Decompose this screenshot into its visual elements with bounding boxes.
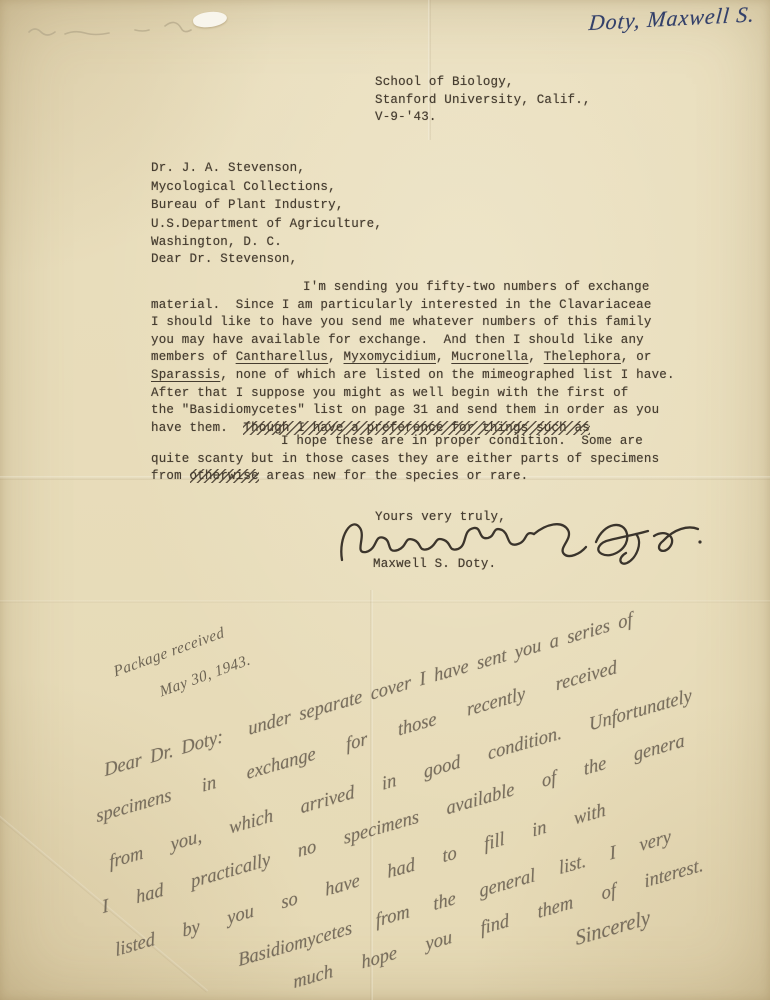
- recipient-bureau: Bureau of Plant Industry,: [151, 196, 382, 215]
- typed-line: Sparassis, none of which are listed on t…: [151, 367, 711, 385]
- typed-text: ,: [436, 350, 451, 364]
- typed-text: I hope these are in proper condition. So…: [281, 434, 643, 448]
- typed-line: members of Cantharellus, Myxomycidium, M…: [151, 349, 711, 367]
- recipient-collection: Mycological Collections,: [151, 178, 382, 197]
- struck-out-text: otherwise: [190, 469, 259, 483]
- recipient-department: U.S.Department of Agriculture,: [151, 215, 382, 234]
- filing-annotation: Doty, Maxwell S.: [588, 1, 756, 36]
- typed-text: from: [151, 469, 190, 483]
- handwritten-reply-signoff: Sincerely: [574, 905, 651, 951]
- typed-paragraph-1: I'm sending you fifty-two numbers of exc…: [151, 279, 711, 437]
- typed-text: you may have available for exchange. And…: [151, 333, 644, 347]
- erased-pencil-scribble: [25, 16, 205, 42]
- letter-page: Doty, Maxwell S. School of Biology, Stan…: [0, 0, 770, 1000]
- typed-text: the "Basidiomycetes" list on page 31 and…: [151, 403, 659, 417]
- typed-text: After that I suppose you might as well b…: [151, 386, 628, 400]
- letterhead-date: V-9-'43.: [375, 109, 591, 127]
- letterhead: School of Biology, Stanford University, …: [375, 74, 591, 127]
- typed-line: the "Basidiomycetes" list on page 31 and…: [151, 402, 711, 420]
- typed-text: , none of which are listed on the mimeog…: [220, 368, 674, 382]
- typed-text: material. Since I am particularly intere…: [151, 298, 652, 312]
- typed-line: I hope these are in proper condition. So…: [151, 433, 711, 451]
- underlined-genus-name: Mucronella: [451, 350, 528, 364]
- typed-line: I should like to have you send me whatev…: [151, 314, 711, 332]
- typed-line: I'm sending you fifty-two numbers of exc…: [151, 279, 711, 297]
- typed-text: I should like to have you send me whatev…: [151, 315, 652, 329]
- typed-text: , or: [621, 350, 652, 364]
- typed-text: quite scanty but in those cases they are…: [151, 452, 659, 466]
- typed-signature-name: Maxwell S. Doty.: [373, 556, 496, 574]
- typed-line: from otherwise areas new for the species…: [151, 468, 711, 486]
- salutation: Dear Dr. Stevenson,: [151, 251, 297, 269]
- typed-paragraph-2: I hope these are in proper condition. So…: [151, 433, 711, 486]
- typed-line: material. Since I am particularly intere…: [151, 297, 711, 315]
- recipient-address: Dr. J. A. Stevenson, Mycological Collect…: [151, 159, 382, 252]
- recipient-city: Washington, D. C.: [151, 233, 382, 252]
- typed-text: areas new for the species or rare.: [259, 469, 529, 483]
- typed-line: quite scanty but in those cases they are…: [151, 451, 711, 469]
- typed-text: members of: [151, 350, 236, 364]
- recipient-name: Dr. J. A. Stevenson,: [151, 159, 382, 178]
- letterhead-institution: School of Biology,: [375, 74, 591, 92]
- typed-text: I'm sending you fifty-two numbers of exc…: [303, 280, 650, 294]
- typed-line: you may have available for exchange. And…: [151, 332, 711, 350]
- underlined-genus-name: Myxomycidium: [344, 350, 436, 364]
- underlined-genus-name: Sparassis: [151, 368, 220, 382]
- typed-line: After that I suppose you might as well b…: [151, 385, 711, 403]
- letterhead-university: Stanford University, Calif.,: [375, 92, 591, 110]
- underlined-genus-name: Cantharellus: [236, 350, 328, 364]
- underlined-genus-name: Thelephora: [544, 350, 621, 364]
- typed-text: ,: [528, 350, 543, 364]
- fold-crease-horizontal-lower: [0, 600, 770, 603]
- typed-text: ,: [328, 350, 343, 364]
